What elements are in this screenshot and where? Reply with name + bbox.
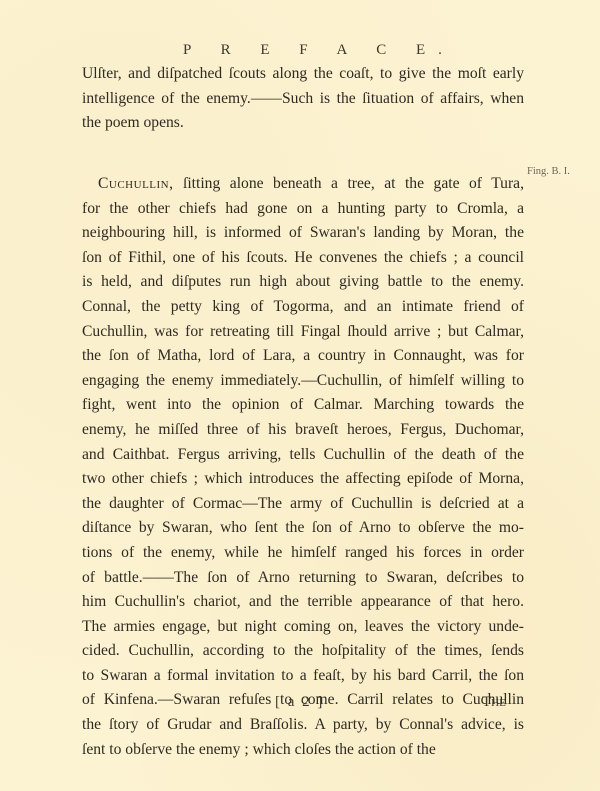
text-line: ſent to obſerve the enemy ; which cloſes…	[82, 738, 524, 763]
text-line: diſtance by Swaran, who ſent the ſon of …	[82, 516, 524, 541]
text-line: neighbouring hill, is informed of Swaran…	[82, 221, 524, 246]
text-line: Cuchullin, was for retreating till Finga…	[82, 320, 524, 345]
text-line: the poem opens.	[82, 111, 524, 136]
text-line: intelligence of the enemy.——Such is the …	[82, 87, 524, 112]
book-page: P R E F A C E. Ulſter, and diſpatched ſc…	[0, 0, 600, 791]
paragraph-continuation: Ulſter, and diſpatched ſcouts along the …	[82, 62, 524, 136]
text-line: of battle.——The ſon of Arno returning to…	[82, 566, 524, 591]
text-line: The armies engage, but night coming on, …	[82, 615, 524, 640]
text-line: Connal, the petty king of Togorma, and a…	[82, 295, 524, 320]
first-line-text: ſitting alone beneath a tree, at the gat…	[174, 175, 524, 192]
margin-note: Fing. B. I.	[527, 166, 570, 177]
text-line: tions of the enemy, while he himſelf ran…	[82, 541, 524, 566]
text-line: him Cuchullin's chariot, and the terribl…	[82, 590, 524, 615]
paragraph-argument: Cuchullin, ſitting alone beneath a tree,…	[82, 172, 524, 762]
text-line: engaging the enemy immediately.—Cuchulli…	[82, 369, 524, 394]
text-line: Ulſter, and diſpatched ſcouts along the …	[82, 62, 524, 87]
text-line: the ſon of Matha, lord of Lara, a countr…	[82, 344, 524, 369]
text-line: the ſtory of Grudar and Braſſolis. A par…	[82, 713, 524, 738]
text-line: to Swaran a formal invitation to a feaſt…	[82, 664, 524, 689]
text-line: for the other chiefs had gone on a hunti…	[82, 197, 524, 222]
text-line: ſon of Fithil, one of his ſcouts. He con…	[82, 246, 524, 271]
text-line: and Caithbat. Fergus arriving, tells Cuc…	[82, 443, 524, 468]
text-line-first: Cuchullin, ſitting alone beneath a tree,…	[82, 172, 524, 197]
catchword: The	[482, 694, 506, 711]
text-line: enemy, he miſſed three of his braveſt he…	[82, 418, 524, 443]
lead-word: Cuchullin,	[98, 175, 174, 192]
text-line: two other chiefs ; which introduces the …	[82, 467, 524, 492]
text-line: is held, and diſputes run high about giv…	[82, 270, 524, 295]
text-line: cided. Cuchullin, according to the hoſpi…	[82, 639, 524, 664]
signature-mark: [ a 2 ]	[275, 694, 324, 711]
running-head: P R E F A C E.	[0, 42, 600, 59]
text-line: fight, went into the opinion of Calmar. …	[82, 393, 524, 418]
text-line: the daughter of Cormac—The army of Cuchu…	[82, 492, 524, 517]
